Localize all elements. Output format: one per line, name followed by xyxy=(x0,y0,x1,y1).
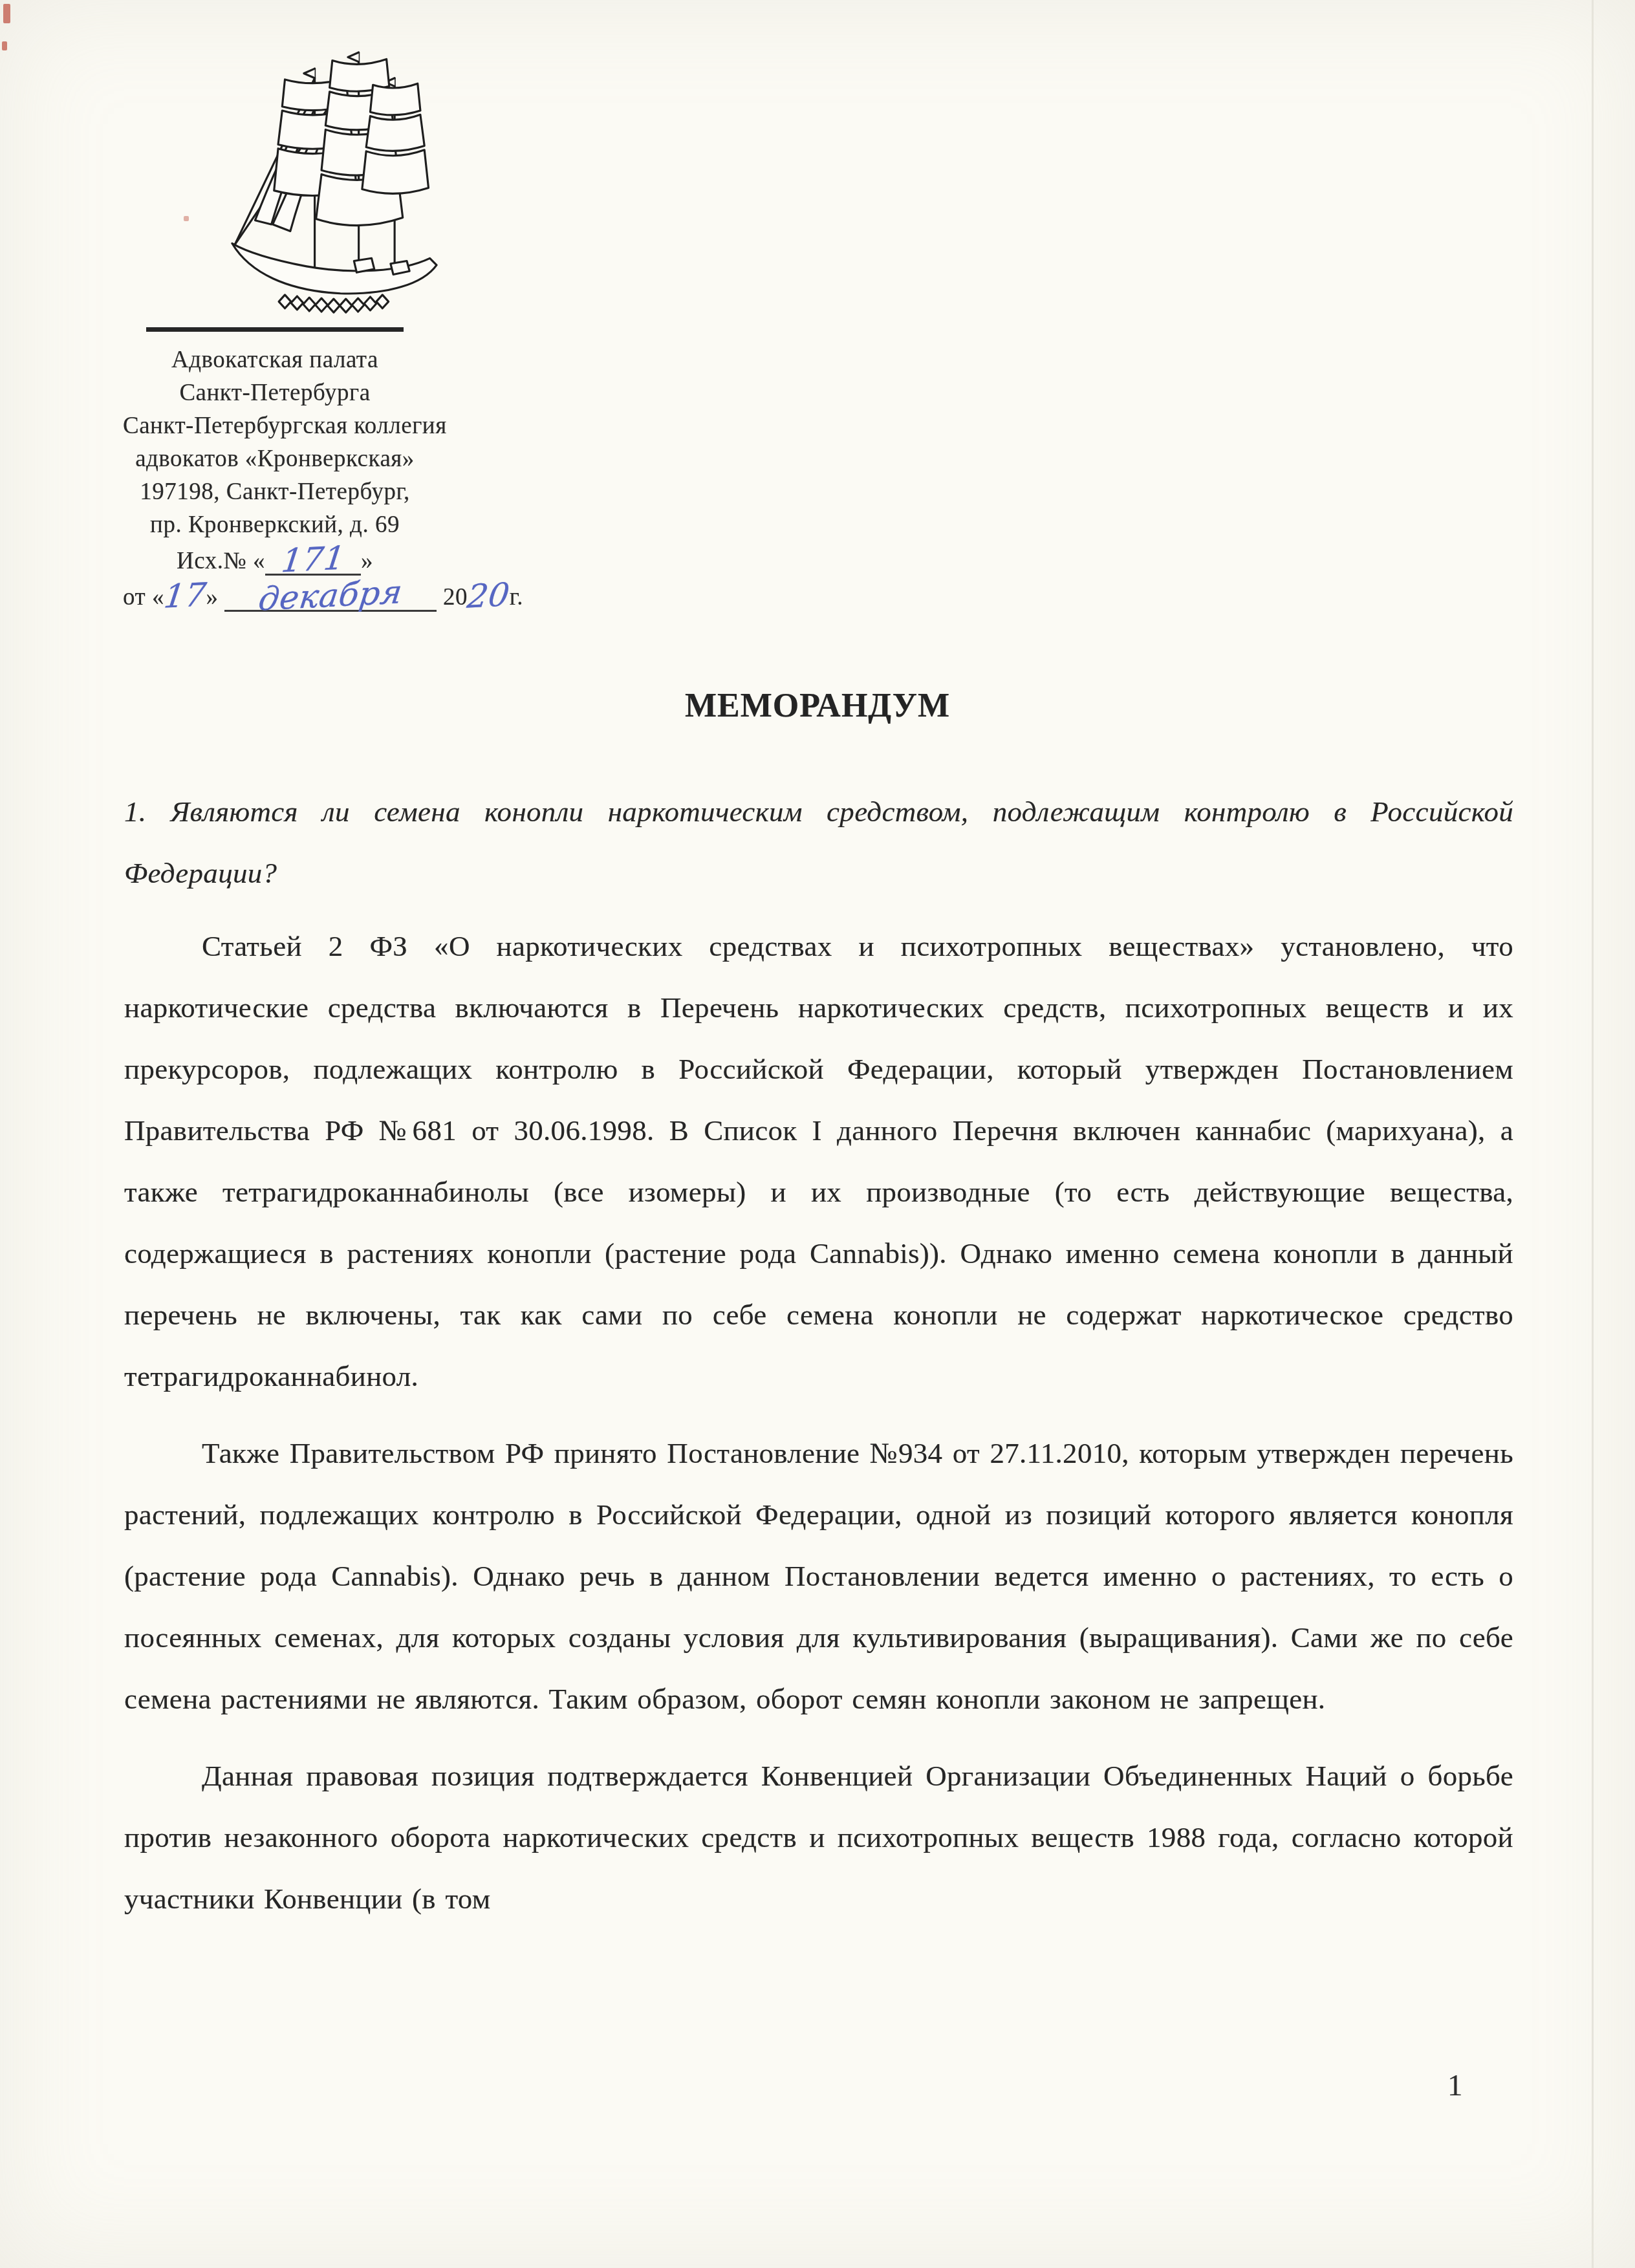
scan-artifact-right-edge xyxy=(1592,0,1594,2268)
handwritten-outgoing-number: 171 xyxy=(279,541,347,577)
letterhead-org-line-3: Санкт-Петербургская коллегия xyxy=(123,409,427,442)
handwritten-day: 17 xyxy=(162,578,208,612)
outgoing-number-blank: 171 xyxy=(265,541,361,576)
page-title: МЕМОРАНДУМ xyxy=(0,687,1635,725)
letterhead-org-line-1: Адвокатская палата xyxy=(123,343,427,376)
question-heading: 1. Являются ли семена конопли наркотичес… xyxy=(124,781,1513,904)
date-day-close-quote: » xyxy=(206,584,219,610)
date-prefix: от « xyxy=(123,584,164,610)
scan-artifact-speck xyxy=(184,216,189,221)
handwritten-year: 20 xyxy=(466,578,512,612)
paragraph-1: Статьей 2 ФЗ «О наркотических средствах … xyxy=(124,916,1513,1407)
outgoing-number-label: Исх.№ « xyxy=(177,548,265,574)
sailing-ship-icon xyxy=(220,43,450,321)
letterhead-org-line-2: Санкт-Петербурга xyxy=(123,376,427,409)
letterhead: Адвокатская палата Санкт-Петербурга Санк… xyxy=(123,43,427,614)
scan-artifact-speck xyxy=(3,4,10,23)
date-suffix: г. xyxy=(510,584,523,610)
paragraph-3: Данная правовая позиция подтверждается К… xyxy=(124,1745,1513,1930)
scanned-document-page: Адвокатская палата Санкт-Петербурга Санк… xyxy=(0,0,1635,2268)
outgoing-number-close-quote: » xyxy=(361,548,373,574)
letterhead-org-line-4: адвокатов «Кронверкская» xyxy=(123,442,427,475)
date-year-printed: 20 xyxy=(443,584,468,610)
letterhead-divider xyxy=(146,327,404,332)
paragraph-2: Также Правительством РФ принято Постанов… xyxy=(124,1423,1513,1730)
scan-artifact-speck xyxy=(2,41,7,50)
letterhead-address-line-2: пр. Кронверкский, д. 69 xyxy=(123,508,427,541)
date-line: от «17» декабря 2020г. xyxy=(123,578,427,614)
date-month-blank: декабря xyxy=(224,578,437,612)
handwritten-month: декабря xyxy=(257,576,404,615)
letterhead-address-line-1: 197198, Санкт-Петербург, xyxy=(123,475,427,508)
outgoing-number-line: Исх.№ «171» xyxy=(123,541,427,578)
document-body: 1. Являются ли семена конопли наркотичес… xyxy=(124,781,1513,1945)
page-number: 1 xyxy=(1447,2068,1463,2103)
